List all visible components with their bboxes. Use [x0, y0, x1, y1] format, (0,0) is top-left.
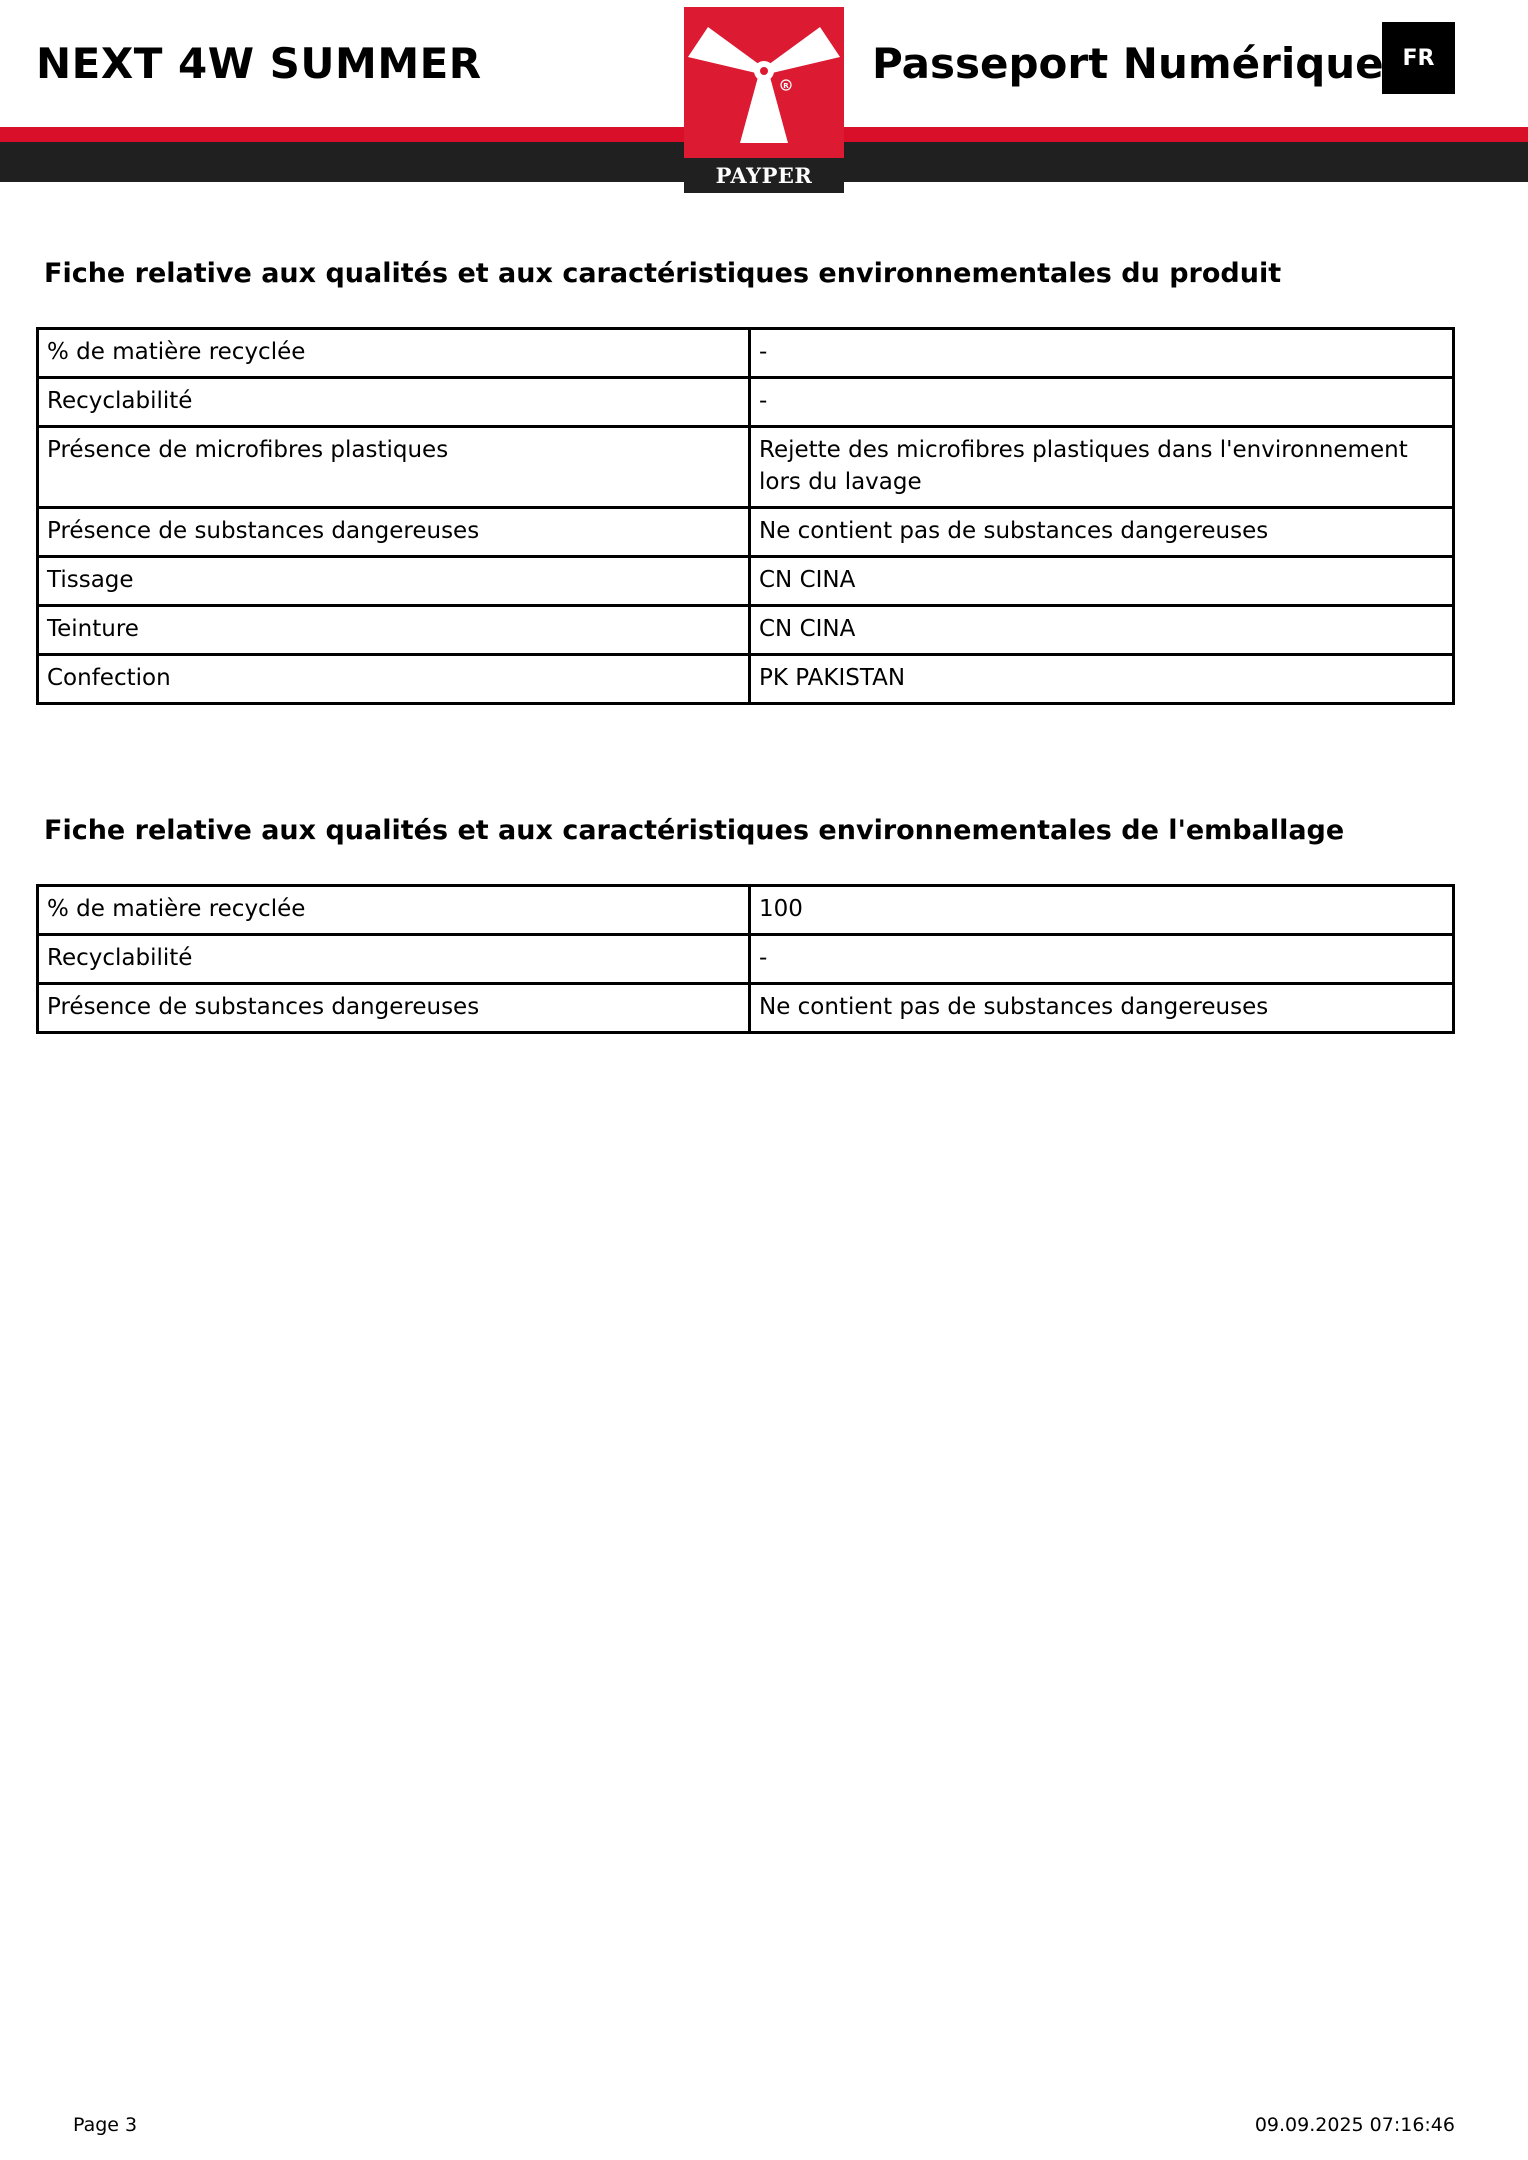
table-row: Confection PK PAKISTAN [38, 655, 1454, 704]
svg-text:R: R [783, 82, 789, 90]
propeller-icon: R [684, 7, 844, 158]
table-row: Présence de microfibres plastiques Rejet… [38, 427, 1454, 508]
product-properties-table: % de matière recyclée - Recyclabilité - … [36, 327, 1455, 705]
table-row: % de matière recyclée 100 [38, 886, 1454, 935]
property-label: Présence de substances dangereuses [38, 508, 750, 557]
property-label: % de matière recyclée [38, 329, 750, 378]
property-value: CN CINA [750, 606, 1454, 655]
property-label: Teinture [38, 606, 750, 655]
document-title: Passeport Numérique [872, 34, 1384, 94]
property-label: Recyclabilité [38, 935, 750, 984]
property-value: CN CINA [750, 557, 1454, 606]
property-value: PK PAKISTAN [750, 655, 1454, 704]
property-value: Ne contient pas de substances dangereuse… [750, 984, 1454, 1033]
packaging-section-title: Fiche relative aux qualités et aux carac… [44, 813, 1344, 849]
packaging-properties-table: % de matière recyclée 100 Recyclabilité … [36, 884, 1455, 1034]
property-label: Présence de microfibres plastiques [38, 427, 750, 508]
property-value: Rejette des microfibres plastiques dans … [750, 427, 1454, 508]
payper-logo: R PAYPER [684, 7, 844, 193]
table-row: Teinture CN CINA [38, 606, 1454, 655]
product-section-title: Fiche relative aux qualités et aux carac… [44, 256, 1281, 292]
page-number: Page 3 [73, 2112, 137, 2138]
table-row: Présence de substances dangereuses Ne co… [38, 984, 1454, 1033]
generation-timestamp: 09.09.2025 07:16:46 [1255, 2112, 1455, 2138]
logo-wordmark: PAYPER [684, 158, 844, 193]
table-row: Recyclabilité - [38, 378, 1454, 427]
table-row: % de matière recyclée - [38, 329, 1454, 378]
property-value: Ne contient pas de substances dangereuse… [750, 508, 1454, 557]
table-row: Tissage CN CINA [38, 557, 1454, 606]
property-label: Confection [38, 655, 750, 704]
property-label: Présence de substances dangereuses [38, 984, 750, 1033]
table-row: Recyclabilité - [38, 935, 1454, 984]
property-value: - [750, 329, 1454, 378]
property-label: % de matière recyclée [38, 886, 750, 935]
property-label: Tissage [38, 557, 750, 606]
property-value: - [750, 935, 1454, 984]
table-row: Présence de substances dangereuses Ne co… [38, 508, 1454, 557]
property-value: 100 [750, 886, 1454, 935]
property-label: Recyclabilité [38, 378, 750, 427]
product-name: NEXT 4W SUMMER [36, 34, 482, 94]
language-selector[interactable]: FR [1382, 22, 1455, 94]
property-value: - [750, 378, 1454, 427]
